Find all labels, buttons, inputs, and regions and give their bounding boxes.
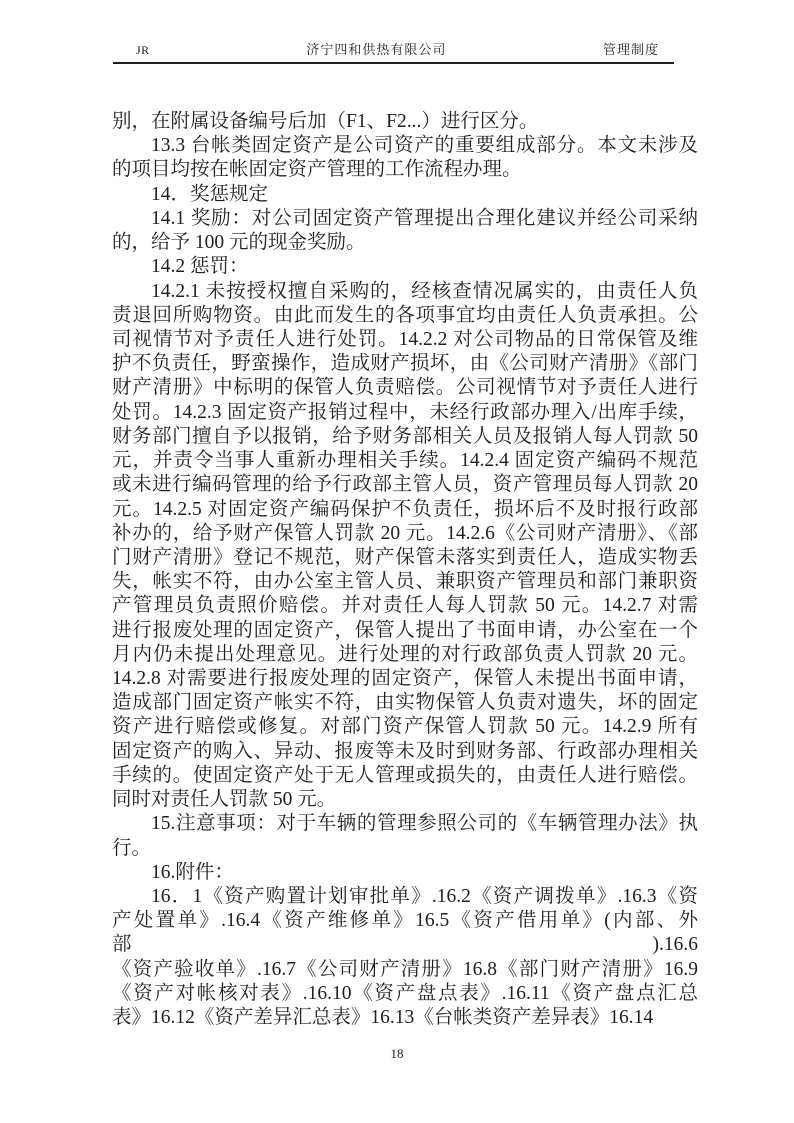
text-line: 14.2.8 对需要进行报废处理的固定资产，保管人未提出书面申请， <box>112 667 698 691</box>
text-line: 14．奖惩规定 <box>112 183 698 207</box>
page-footer: 18 <box>0 1046 794 1061</box>
company-name: 济宁四和供热有限公司 <box>150 42 603 57</box>
text-line: 的，给予 100 元的现金奖励。 <box>112 231 698 255</box>
text-line: 《资产对帐核对表》.16.10《资产盘点表》.16.11《资产盘点汇总 <box>112 982 698 1006</box>
page-number: 18 <box>391 1046 404 1061</box>
text-line: 月内仍未提出处理意见。进行处理的对行政部负责人罚款 20 元。 <box>112 643 698 667</box>
text-line: 14.1 奖励：对公司固定资产管理提出合理化建议并经公司采纳 <box>112 207 698 231</box>
text-line: 14.2.1 未按授权擅自采购的，经核查情况属实的，由责任人负 <box>112 280 698 304</box>
text-line: 造成部门固定资产帐实不符，由实物保管人负责对遗失，坏的固定 <box>112 691 698 715</box>
text-line: 元，并责令当事人重新办理相关手续。14.2.4 固定资产编码不规范 <box>112 449 698 473</box>
text-line: 财产清册》中标明的保管人负责赔偿。公司视情节对予责任人进行 <box>112 376 698 400</box>
text-line: 15.注意事项：对于车辆的管理参照公司的《车辆管理办法》执 <box>112 812 698 836</box>
text-line: 责退回所购物资。由此而发生的各项事宜均由责任人负责承担。公 <box>112 304 698 328</box>
header-logo-text: JR <box>136 43 150 58</box>
text-line: 资产进行赔偿或修复。对部门资产保管人罚款 50 元。14.2.9 所有 <box>112 715 698 739</box>
body-text: 别，在附属设备编号后加（F1、F2...）进行区分。 13.3 台帐类固定资产是… <box>112 110 698 1030</box>
text-line: 表》16.12《资产差异汇总表》16.13《台帐类资产差异表》16.14 <box>112 1006 698 1030</box>
text-line: 16.附件： <box>112 861 698 885</box>
text-line: 的项目均按在帐固定资产管理的工作流程办理。 <box>112 158 698 182</box>
page-header: JR 济宁四和供热有限公司 管理制度 <box>113 42 673 58</box>
text-line: 产处置单》.16.4《资产维修单》16.5《资产借用单》(内部、外部).16.6 <box>112 909 698 957</box>
text-line: 同时对责任人罚款 50 元。 <box>112 788 698 812</box>
text-line: 司视情节对予责任人进行处罚。14.2.2 对公司物品的日常保管及维 <box>112 328 698 352</box>
text-line: 手续的。使固定资产处于无人管理或损失的，由责任人进行赔偿。 <box>112 764 698 788</box>
text-line: 固定资产的购入、异动、报废等未及时到财务部、行政部办理相关 <box>112 740 698 764</box>
text-line: 财务部门擅自予以报销，给予财务部相关人员及报销人每人罚款 50 <box>112 425 698 449</box>
text-line: 行。 <box>112 837 698 861</box>
header-rule <box>113 62 674 64</box>
text-line: 产管理员负责照价赔偿。并对责任人每人罚款 50 元。14.2.7 对需 <box>112 594 698 618</box>
text-line: 元。14.2.5 对固定资产编码保护不负责任，损坏后不及时报行政部 <box>112 498 698 522</box>
text-line: 《资产验收单》.16.7《公司财产清册》16.8《部门财产清册》16.9 <box>112 958 698 982</box>
document-page: JR 济宁四和供热有限公司 管理制度 别，在附属设备编号后加（F1、F2...）… <box>0 0 794 1123</box>
text-line: 进行报废处理的固定资产，保管人提出了书面申请，办公室在一个 <box>112 619 698 643</box>
text-line: 处罚。14.2.3 固定资产报销过程中，未经行政部办理入/出库手续， <box>112 401 698 425</box>
text-line: 14.2 惩罚： <box>112 255 698 279</box>
text-line: 补办的，给予财产保管人罚款 20 元。14.2.6《公司财产清册》、《部 <box>112 522 698 546</box>
text-line: 护不负责任，野蛮操作，造成财产损坏，由《公司财产清册》《部门 <box>112 352 698 376</box>
text-line: 门财产清册》登记不规范，财产保管未落实到责任人，造成实物丢 <box>112 546 698 570</box>
text-line: 失，帐实不符，由办公室主管人员、兼职资产管理员和部门兼职资 <box>112 570 698 594</box>
text-line: 或未进行编码管理的给予行政部主管人员，资产管理员每人罚款 20 <box>112 473 698 497</box>
text-line: 13.3 台帐类固定资产是公司资产的重要组成部分。本文未涉及 <box>112 134 698 158</box>
text-line: 别，在附属设备编号后加（F1、F2...）进行区分。 <box>112 110 698 134</box>
text-line: 16．1《资产购置计划审批单》.16.2《资产调拨单》.16.3《资 <box>112 885 698 909</box>
doc-type-label: 管理制度 <box>603 42 659 57</box>
